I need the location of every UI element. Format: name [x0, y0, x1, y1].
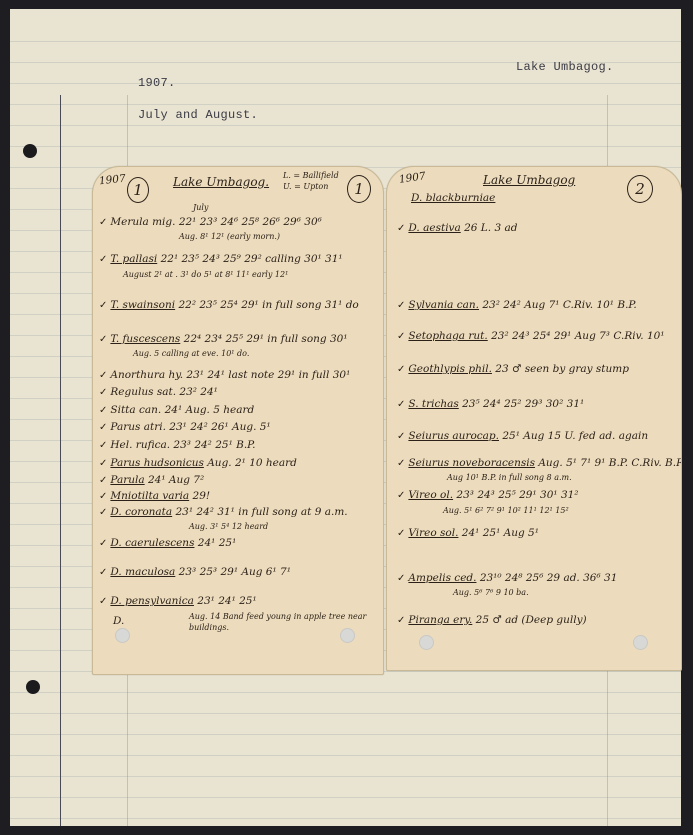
- entry-note: Aug. 5 calling at eve. 10¹ do.: [133, 349, 249, 358]
- month-heading: July: [193, 203, 208, 212]
- check-icon: ✓: [397, 399, 405, 410]
- entry-note: Aug. 5¹ 6² 7² 9¹ 10² 11¹ 12¹ 15²: [443, 506, 569, 515]
- entry-row: ✓Setophaga rut. 23² 24³ 25⁴ 29¹ Aug 7³ C…: [397, 330, 665, 342]
- entry-row: ✓Vireo ol. 23³ 24³ 25⁵ 29¹ 30¹ 31²: [397, 489, 579, 501]
- entry-row: ✓Seiurus noveboracensis Aug. 5¹ 7¹ 9¹ B.…: [397, 457, 682, 469]
- entry-row: D. blackburniae: [411, 192, 495, 204]
- entry-row: ✓Sitta can. 24¹ Aug. 5 heard: [99, 404, 254, 416]
- check-icon: ✓: [99, 370, 107, 381]
- check-icon: ✓: [99, 254, 107, 265]
- check-icon: ✓: [397, 573, 405, 584]
- check-icon: ✓: [397, 458, 405, 469]
- check-icon: ✓: [99, 334, 107, 345]
- entry-row: ✓Sylvania can. 23² 24² Aug 7¹ C.Riv. 10¹…: [397, 299, 637, 311]
- entry-row: D.: [113, 615, 124, 627]
- entry-row: ✓D. maculosa 23³ 25³ 29¹ Aug 6¹ 7¹: [99, 566, 291, 578]
- entry-row: ✓Vireo sol. 24¹ 25¹ Aug 5¹: [397, 527, 539, 539]
- check-icon: ✓: [397, 615, 405, 626]
- check-icon: ✓: [397, 528, 405, 539]
- entry-row: ✓D. caerulescens 24¹ 25¹: [99, 537, 236, 549]
- card-year: 1907: [98, 173, 126, 188]
- check-icon: ✓: [99, 405, 107, 416]
- card-number: 2: [635, 180, 645, 198]
- card-number-badge-right: 1: [347, 175, 371, 203]
- entry-row: ✓Regulus sat. 23² 24¹: [99, 386, 218, 398]
- check-icon: ✓: [99, 458, 107, 469]
- check-icon: ✓: [99, 567, 107, 578]
- check-icon: ✓: [397, 431, 405, 442]
- entry-row: ✓S. trichas 23⁵ 24⁴ 25² 29³ 30² 31¹: [397, 398, 584, 410]
- entry-row: ✓Ampelis ced. 23¹⁰ 24⁸ 25⁶ 29 ad. 36⁶ 31: [397, 572, 617, 584]
- check-icon: ✓: [99, 300, 107, 311]
- year-heading: 1907.: [138, 76, 176, 90]
- check-icon: ✓: [99, 422, 107, 433]
- check-icon: ✓: [99, 440, 107, 451]
- card-year: 1907: [398, 170, 426, 186]
- entry-row: ✓D. pensylvanica 23¹ 24¹ 25¹: [99, 595, 257, 607]
- entry-note: Aug. 5⁶ 7⁶ 9 10 ba.: [453, 588, 529, 597]
- check-icon: ✓: [99, 217, 107, 228]
- card-punch-hole: [633, 635, 648, 650]
- binder-hole-top: [23, 144, 37, 158]
- entry-row: ✓Hel. rufica. 23³ 24² 25¹ B.P.: [99, 439, 255, 451]
- card-number-badge: 2: [627, 175, 653, 203]
- check-icon: ✓: [99, 507, 107, 518]
- entry-row: ✓D. aestiva 26 L. 3 ad: [397, 222, 517, 234]
- index-card-1: 1907 1 Lake Umbagog. L. = Ballifield U. …: [92, 166, 384, 675]
- entry-row: ✓T. swainsoni 22² 23⁵ 25⁴ 29¹ in full so…: [99, 299, 359, 311]
- entry-row: ✓T. fuscescens 22⁴ 23⁴ 25⁵ 29¹ in full s…: [99, 333, 348, 345]
- location-heading: Lake Umbagog.: [516, 60, 614, 74]
- card-title: Lake Umbagog: [483, 173, 575, 187]
- card-number: 1: [354, 180, 364, 198]
- check-icon: ✓: [99, 387, 107, 398]
- check-icon: ✓: [397, 300, 405, 311]
- entry-row: ✓Geothlypis phil. 23 ♂ seen by gray stum…: [397, 363, 629, 375]
- legend-line-1: L. = Ballifield: [283, 171, 339, 180]
- card-number-badge: 1: [127, 177, 149, 203]
- entry-row: ✓D. coronata 23¹ 24² 31¹ in full song at…: [99, 506, 348, 518]
- entry-row: ✓Anorthura hy. 23¹ 24¹ last note 29¹ in …: [99, 369, 350, 381]
- entry-note: Aug. 8¹ 12¹ (early morn.): [179, 232, 280, 241]
- entry-note: Aug. 3¹ 5⁴ 12 heard: [189, 522, 268, 531]
- entry-row: ✓Piranga ery. 25 ♂ ad (Deep gully): [397, 614, 587, 626]
- entry-row: ✓Seiurus aurocap. 25¹ Aug 15 U. fed ad. …: [397, 430, 648, 442]
- check-icon: ✓: [397, 331, 405, 342]
- check-icon: ✓: [99, 475, 107, 486]
- ledger-page: Lake Umbagog. 1907. July and August. 190…: [10, 9, 681, 826]
- check-icon: ✓: [99, 538, 107, 549]
- card-punch-hole: [419, 635, 434, 650]
- check-icon: ✓: [99, 596, 107, 607]
- entry-row: ✓Parus hudsonicus Aug. 2¹ 10 heard: [99, 457, 297, 469]
- check-icon: ✓: [397, 364, 405, 375]
- check-icon: ✓: [397, 223, 405, 234]
- index-card-2: 1907 Lake Umbagog 2 D. blackburniae ✓D. …: [386, 166, 682, 671]
- entry-row: ✓Parus atri. 23¹ 24² 26¹ Aug. 5¹: [99, 421, 271, 433]
- entry-row: ✓Mniotilta varia 29!: [99, 490, 210, 502]
- check-icon: ✓: [99, 491, 107, 502]
- entry-row: ✓T. pallasi 22¹ 23⁵ 24³ 25⁹ 29² calling …: [99, 253, 343, 265]
- margin-line: [60, 95, 61, 826]
- period-heading: July and August.: [138, 108, 258, 122]
- card-punch-hole: [115, 628, 130, 643]
- card-punch-hole: [340, 628, 355, 643]
- card-title: Lake Umbagog.: [173, 175, 269, 189]
- entry-note: August 2¹ at . 3¹ do 5¹ at 8¹ 11¹ early …: [123, 270, 288, 279]
- check-icon: ✓: [397, 490, 405, 501]
- card-number: 1: [133, 181, 143, 199]
- entry-row: ✓Merula mig. 22¹ 23³ 24⁶ 25⁸ 26⁶ 29⁶ 30⁶: [99, 216, 322, 228]
- binder-hole-bottom: [26, 680, 40, 694]
- entry-row: ✓Parula 24¹ Aug 7²: [99, 474, 204, 486]
- legend-line-2: U. = Upton: [283, 182, 328, 191]
- entry-note: Aug 10¹ B.P. in full song 8 a.m.: [447, 473, 572, 482]
